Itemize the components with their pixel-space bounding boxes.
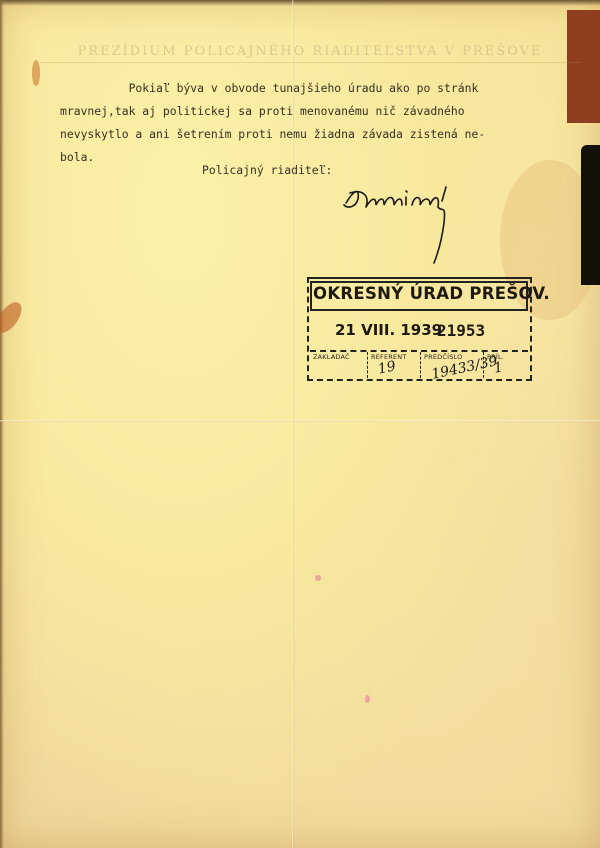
stamp-title: OKRESNÝ ÚRAD PREŠOV. <box>313 284 550 303</box>
document-page: PREZÍDIUM POLICAJNÉHO RIADITEĽSTVA V PRE… <box>0 0 600 848</box>
stain <box>32 60 40 86</box>
stamp-cell-value: 1 <box>492 359 504 377</box>
stamp-cell-zakladac: ZAKLADAČ <box>310 352 368 378</box>
page-top-edge <box>0 0 600 6</box>
stamp-cell-value: 19 <box>377 358 398 377</box>
stamp-cell-label: PREDČÍSLO <box>424 353 462 361</box>
stamp-cell-predcislo: PREDČÍSLO 19433/39 <box>421 352 484 378</box>
body-line: mravnej,tak aj politickej sa proti menov… <box>60 100 580 123</box>
stain <box>315 575 321 581</box>
handwritten-signature <box>342 183 472 268</box>
horizontal-fold-line <box>0 420 600 422</box>
stamp-number: 21953 <box>437 321 485 340</box>
faded-letterhead: PREZÍDIUM POLICAJNÉHO RIADITEĽSTVA V PRE… <box>40 44 580 63</box>
stamp-cell-label: ZAKLADAČ <box>313 353 350 361</box>
signature-label: Policajný riaditeľ: <box>202 163 332 177</box>
stain <box>365 695 370 703</box>
stamp-cell-pril: PRÍL. 1 <box>484 352 528 378</box>
stamp-date: 21 VIII. 1939 <box>335 321 442 339</box>
stamp-fields-row: ZAKLADAČ REFERENT 19 PREDČÍSLO 19433/39 … <box>310 350 528 378</box>
binder-tab-black <box>581 145 600 285</box>
stamp-cell-referent: REFERENT 19 <box>368 352 421 378</box>
registry-stamp: OKRESNÝ ÚRAD PREŠOV. 21 VIII. 1939 21953… <box>307 277 532 381</box>
body-text: Pokiaľ býva v obvode tunajšieho úradu ak… <box>60 77 580 169</box>
body-line: nevyskytlo a ani šetrením proti nemu žia… <box>60 123 580 146</box>
body-line: Pokiaľ býva v obvode tunajšieho úradu ak… <box>60 77 580 100</box>
page-left-edge <box>0 0 4 848</box>
